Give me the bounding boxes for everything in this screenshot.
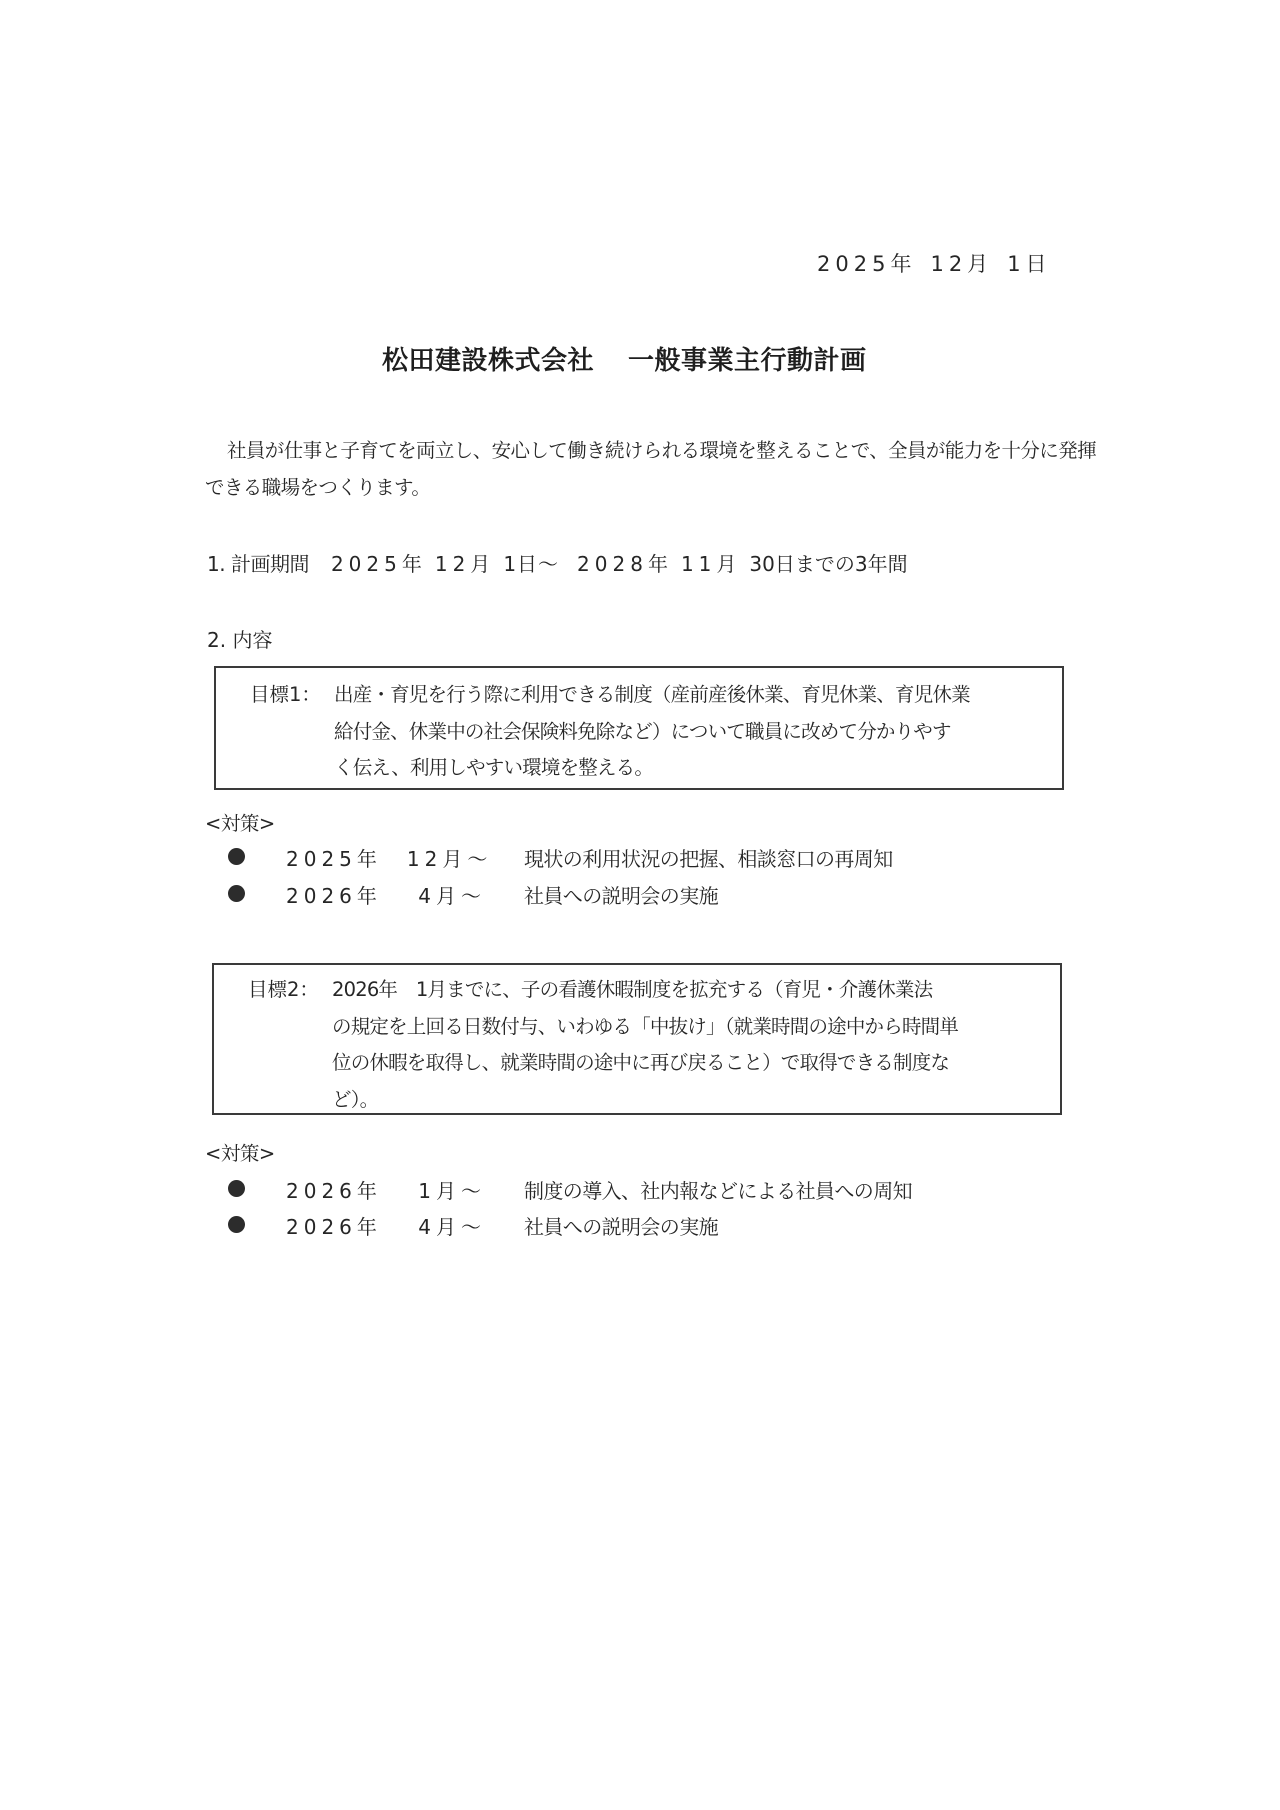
measure-what: 制度の導入、社内報などによる社員への周知 (524, 1175, 912, 1204)
goal-2-line: 位の休暇を取得し、就業時間の途中に再び戻ること）で取得できる制度な (332, 1045, 958, 1082)
measure-what: 社員への説明会の実施 (524, 1211, 718, 1240)
measure-what: 社員への説明会の実施 (524, 880, 718, 909)
intro-paragraph: 社員が仕事と子育てを両立し、安心して働き続けられる環境を整えることで、全員が能力… (205, 432, 1105, 506)
goal-2-line: ど）。 (332, 1082, 958, 1116)
period-start-day: 1日〜 (503, 552, 559, 576)
measure-when: 2025年 12月〜 (286, 843, 492, 872)
goal-1-clipped-text: ー ーー ー ーー ーー ー ー ー (316, 781, 698, 790)
bullet-icon (228, 1180, 245, 1197)
measure-when: 2026年 1月〜 (286, 1175, 486, 1204)
measure-when: 2026年 4月〜 (286, 880, 486, 909)
period-end-year: 2028年 (577, 552, 673, 576)
measure-when: 2026年 4月〜 (286, 1211, 486, 1240)
title-company: 松田建設株式会社 (382, 346, 594, 376)
goal-2-label: 目標2： (248, 972, 319, 1009)
section-plan-period: 1. 計画期間2025年12月1日〜2028年11月30日までの3年間 (207, 548, 916, 577)
period-end-day: 30日までの3年間 (749, 552, 907, 576)
goal-1-line: 給付金、休業中の社会保険料免除など）について職員に改めて分かりやす (334, 714, 970, 751)
goal-1-measures-heading: <対策> (205, 808, 275, 836)
goal-1-box: 目標1： 出産・育児を行う際に利用できる制度（産前産後休業、育児休業、育児休業 … (214, 666, 1064, 790)
goal-1-text: 出産・育児を行う際に利用できる制度（産前産後休業、育児休業、育児休業 給付金、休… (334, 677, 970, 787)
document-title: 松田建設株式会社一般事業主行動計画 (382, 340, 867, 377)
goal-2-text: 2026年 1月までに、子の看護休暇制度を拡充する（育児・介護休業法 の規定を上… (332, 972, 958, 1115)
goal-2-line: の規定を上回る日数付与、いわゆる「中抜け」（就業時間の途中から時間単 (332, 1009, 958, 1046)
title-plan-name: 一般事業主行動計画 (628, 346, 867, 376)
goal-1-line: 出産・育児を行う際に利用できる制度（産前産後休業、育児休業、育児休業 (334, 677, 970, 714)
goal-2-box: 目標2： 2026年 1月までに、子の看護休暇制度を拡充する（育児・介護休業法 … (212, 963, 1062, 1115)
document-date: 2025年12月1日 (817, 248, 1066, 278)
period-start-year: 2025年 (331, 552, 427, 576)
section-contents-heading: 2. 内容 (207, 624, 272, 653)
intro-text: 社員が仕事と子育てを両立し、安心して働き続けられる環境を整えることで、全員が能力… (205, 439, 1096, 499)
bullet-icon (228, 885, 245, 902)
bullet-icon (228, 1216, 245, 1233)
date-day: 1日 (1007, 252, 1051, 276)
goal-1-label: 目標1： (250, 677, 321, 714)
bullet-icon (228, 848, 245, 865)
section1-label: 1. 計画期間 (207, 552, 309, 576)
measure-what: 現状の利用状況の把握、相談窓口の再周知 (524, 843, 893, 872)
date-month: 12月 (930, 252, 993, 276)
goal-2-measures-heading: <対策> (205, 1138, 275, 1166)
goal-2-line: 2026年 1月までに、子の看護休暇制度を拡充する（育児・介護休業法 (332, 972, 958, 1009)
date-year: 2025年 (817, 252, 916, 276)
period-start-month: 12月 (435, 552, 495, 576)
period-end-month: 11月 (681, 552, 741, 576)
